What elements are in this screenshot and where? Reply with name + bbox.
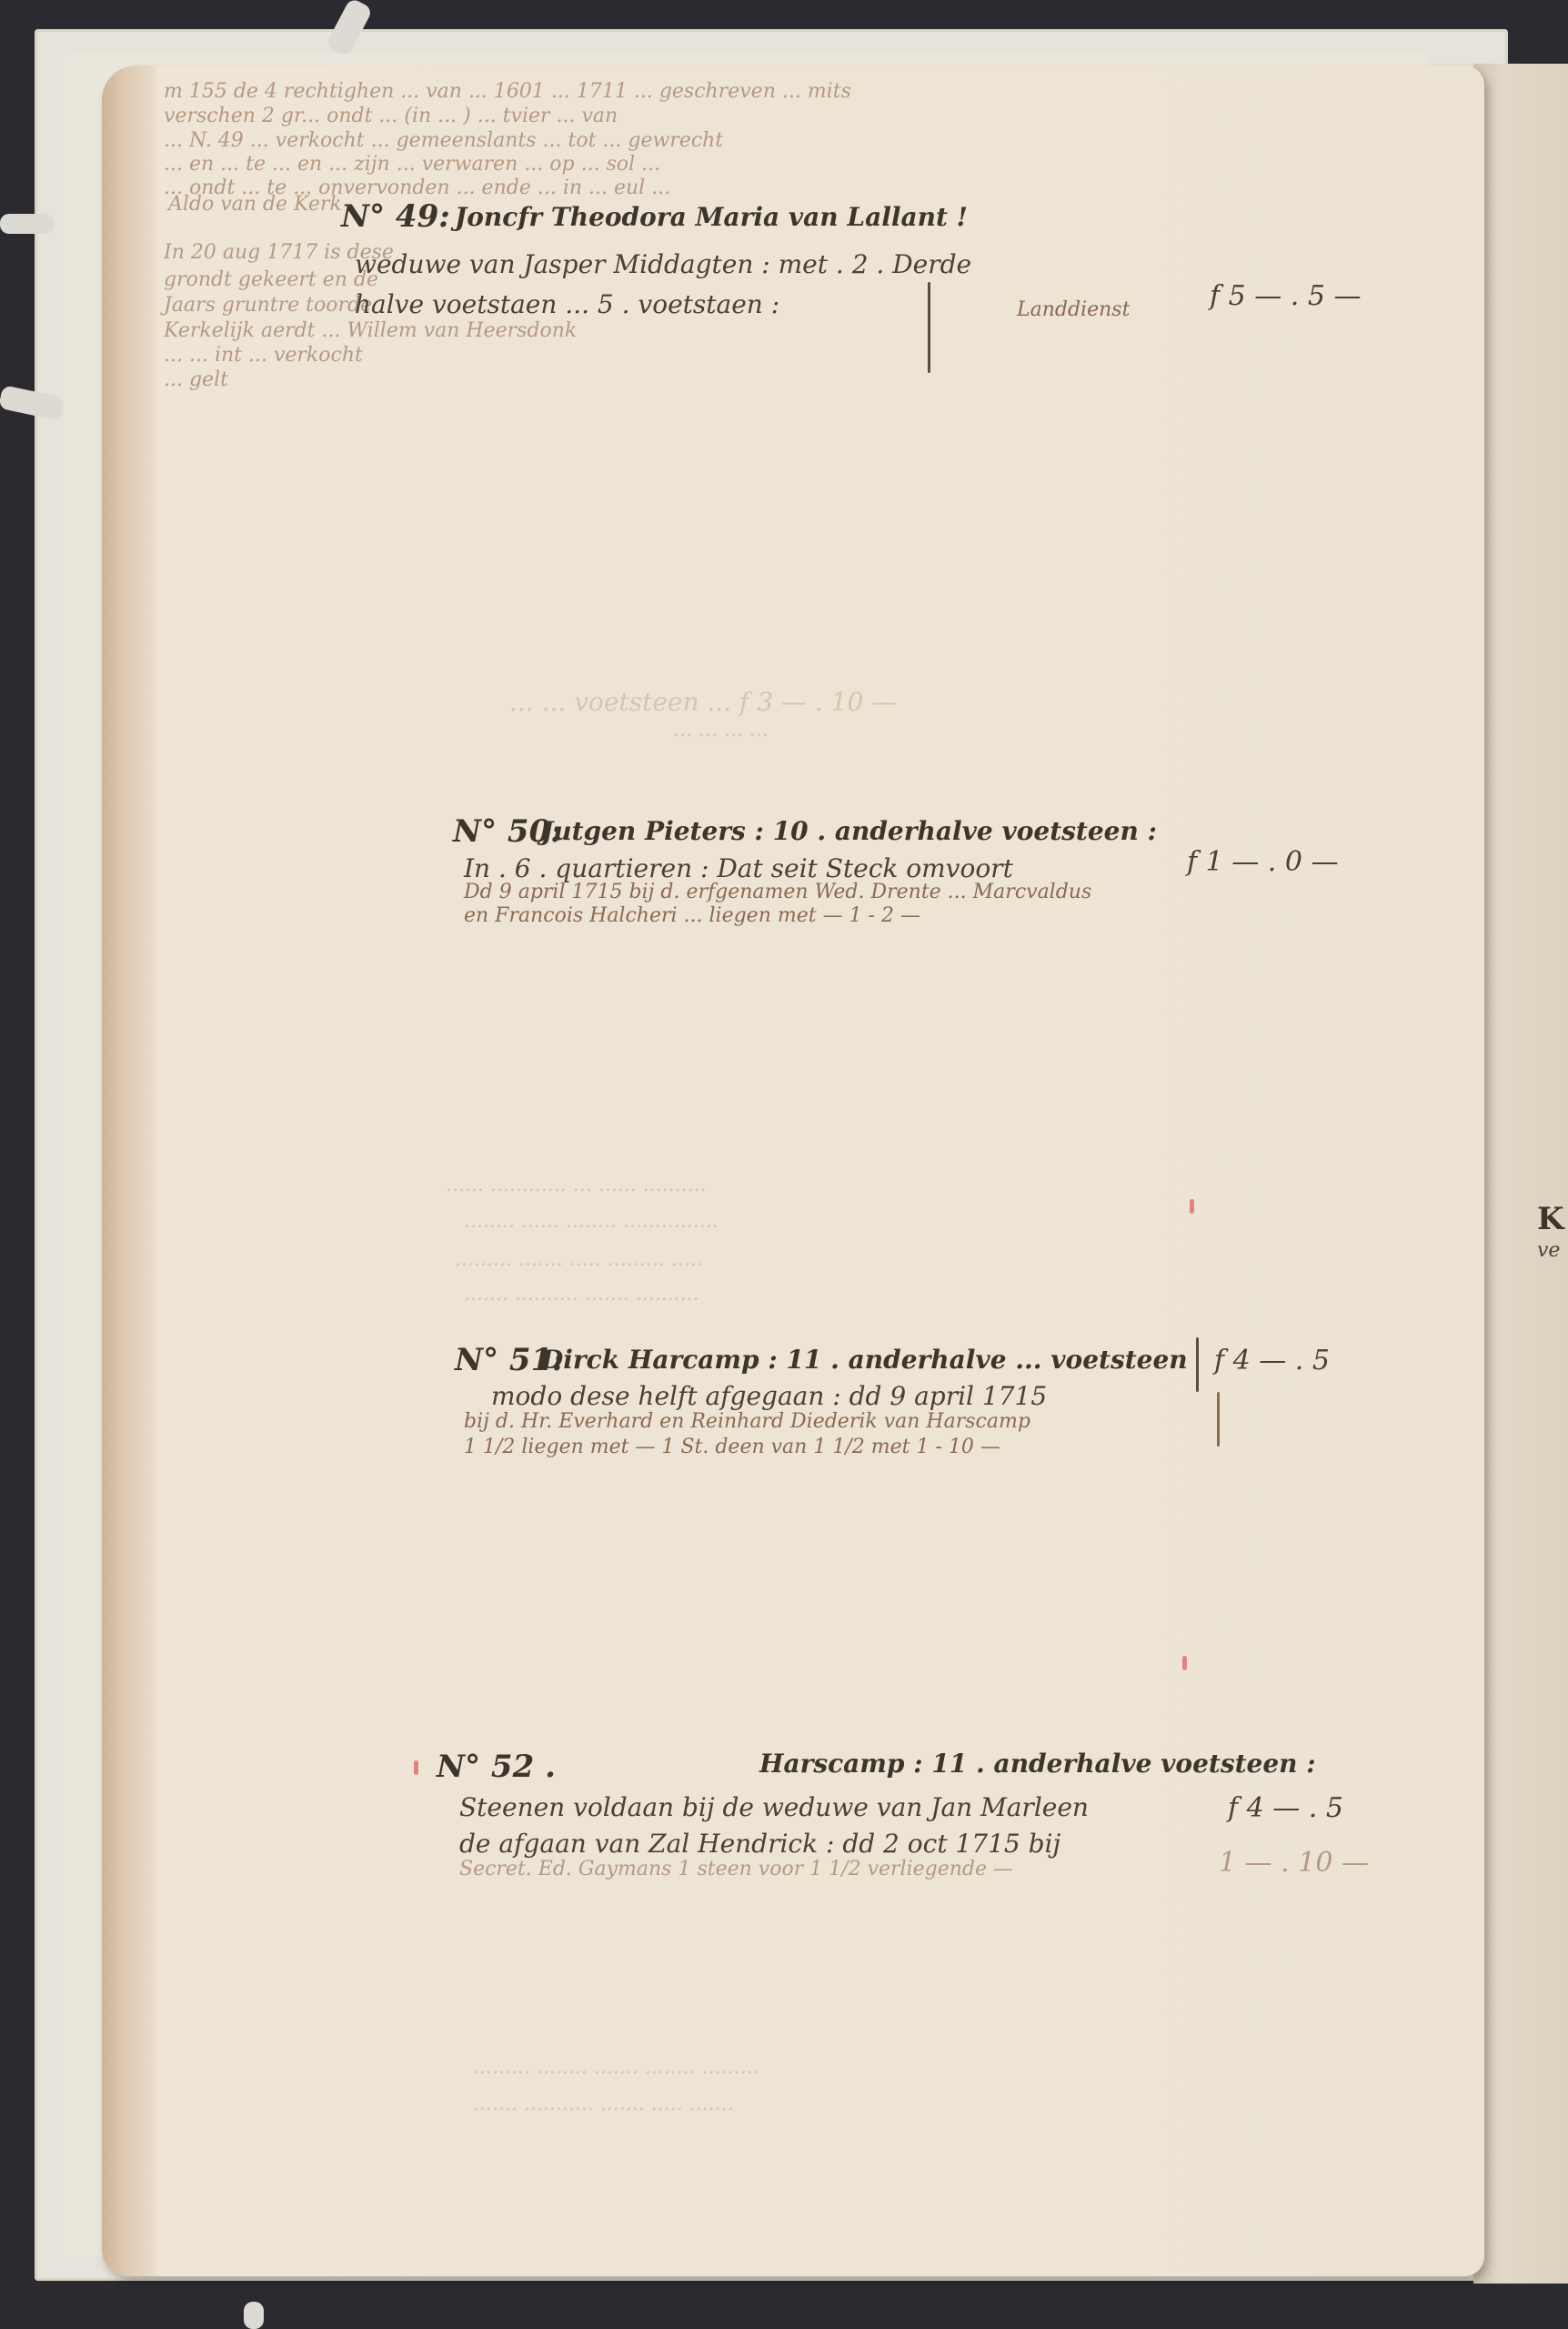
header-line: verschen 2 gr... ondt ... (in ... ) ... … — [164, 105, 618, 127]
entry-line: weduwe van Jasper Middagten : met . 2 . … — [355, 249, 971, 279]
bleed-through-line: ......... ........ ....... ........ ....… — [473, 2056, 759, 2079]
header-line: ... en ... te ... en ... zijn ... verwar… — [164, 153, 660, 176]
entry-annotation: Landdienst — [1017, 298, 1130, 321]
facing-page-text: ve — [1537, 1239, 1560, 1262]
entry-line: modo dese helft afgegaan : dd 9 april 17… — [491, 1381, 1047, 1411]
entry-bracket-line — [1217, 1392, 1220, 1447]
bleed-through-line: ... ... ... ... — [673, 719, 769, 741]
entry-line: Jutgen Pieters : 10 . anderhalve voetste… — [541, 816, 1157, 846]
margin-line: Jaars gruntre toorde — [164, 294, 372, 317]
red-mark — [1190, 1199, 1194, 1214]
entry-line: halve voetstaen ... 5 . voetstaen : — [355, 289, 779, 319]
bleed-through-line: ... ... voetsteen ... f 3 — . 10 — — [509, 687, 897, 717]
page-text: m 155 de 4 rechtighen ... van ... 1601 .… — [0, 0, 1568, 2329]
red-mark — [1182, 1656, 1187, 1670]
facing-page-initial: K — [1537, 1201, 1564, 1237]
entry-number: N° 49: — [341, 198, 450, 235]
entry-note: Secret. Ed. Gaymans 1 steen voor 1 1/2 v… — [459, 1858, 1013, 1880]
entry-amount: f 4 — . 5 — [1214, 1345, 1330, 1376]
margin-line: ... ... int ... verkocht — [164, 344, 363, 367]
entry-bracket-line — [1196, 1337, 1199, 1392]
entry-line: Joncfr Theodora Maria van Lallant ! — [455, 202, 968, 232]
entry-line: Harscamp : 11 . anderhalve voetsteen : — [759, 1749, 1316, 1779]
header-line: Aldo van de Kerk — [168, 193, 342, 216]
margin-line: Kerkelijk aerdt ... Willem van Heersdonk — [164, 319, 577, 342]
entry-line: In . 6 . quartieren : Dat seit Steck omv… — [464, 853, 1013, 883]
entry-sub-amount: 1 — . 10 — — [1219, 1847, 1369, 1879]
entry-amount: f 5 — . 5 — — [1210, 280, 1362, 312]
entry-number: N° 52 . — [437, 1749, 556, 1785]
entry-line: de afgaan van Zal Hendrick : dd 2 oct 17… — [459, 1829, 1060, 1859]
entry-note: en Francois Halcheri ... liegen met — 1 … — [464, 904, 920, 927]
margin-line: grondt gekeert en de — [164, 268, 378, 291]
entry-note: bij d. Hr. Everhard en Reinhard Diederik… — [464, 1410, 1030, 1433]
entry-bracket-line — [928, 282, 930, 373]
entry-note: Dd 9 april 1715 bij d. erfgenamen Wed. D… — [464, 881, 1091, 903]
bleed-through-line: ....... ........... ....... ..... ......… — [473, 2092, 734, 2115]
entry-line: Steenen voldaan bij de weduwe van Jan Ma… — [459, 1792, 1089, 1822]
red-mark — [414, 1760, 418, 1775]
entry-amount: f 4 — . 5 — [1228, 1792, 1343, 1824]
header-line: m 155 de 4 rechtighen ... van ... 1601 .… — [164, 80, 851, 103]
entry-note: 1 1/2 liegen met — 1 St. deen van 1 1/2 … — [464, 1436, 1000, 1458]
entry-amount: f 1 — . 0 — — [1187, 846, 1339, 878]
margin-line: ... gelt — [164, 368, 228, 391]
header-line: ... N. 49 ... verkocht ... gemeenslants … — [164, 129, 723, 152]
entry-line: Dirck Harcamp : 11 . anderhalve ... voet… — [541, 1345, 1188, 1375]
